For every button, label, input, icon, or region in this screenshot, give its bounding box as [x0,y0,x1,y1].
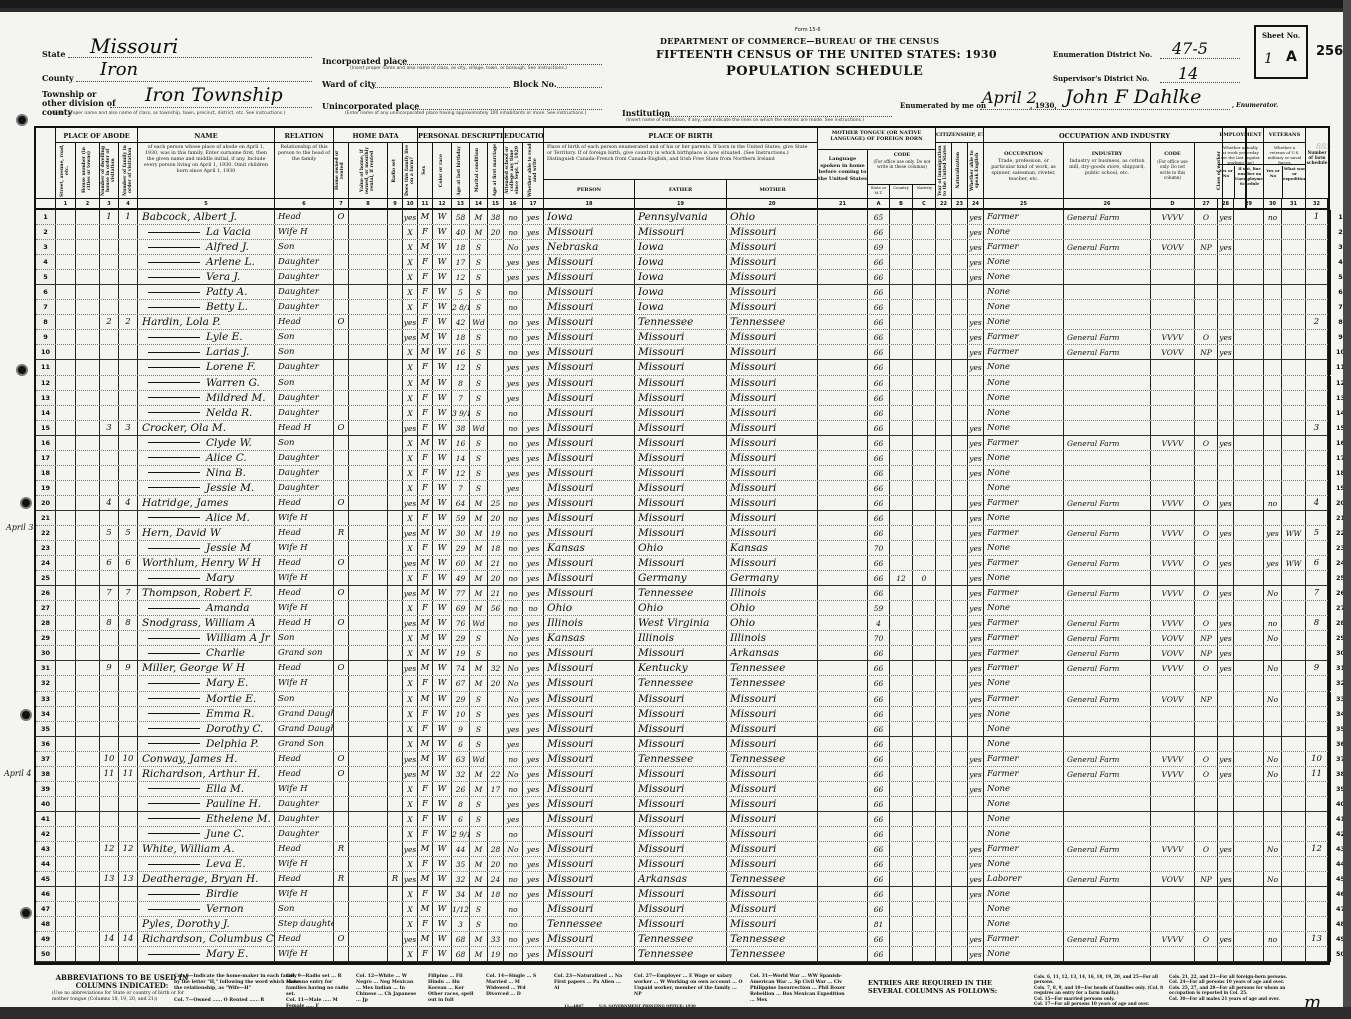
cell-marital: M [470,842,488,856]
incorporated-line [400,64,602,65]
cell-race: W [433,902,452,916]
cell-sex: F [418,315,433,329]
cell-code-c [913,210,936,224]
column-number: 19 [635,199,727,209]
cell-read: yes [523,571,544,585]
cell-age: 2 9/12 [452,827,470,841]
cell-code-b [890,812,913,826]
ditto-dash [148,307,200,308]
cell-relation: Head [275,586,334,600]
cell-industry [1064,541,1151,555]
header-place-of-birth: PLACE OF BIRTH Place of birth of each pe… [544,128,818,208]
cell-line: 46 [36,887,56,901]
cell-name: William A Jr [138,631,275,645]
cell-farm-no [1306,676,1328,690]
cell-marital: S [470,360,488,374]
ditto-dash [148,487,200,488]
cell-farm-no [1306,481,1328,495]
cell-father: Missouri [635,692,727,706]
cell-occupation: None [984,451,1064,465]
cell-birth: Missouri [544,586,635,600]
cell-code-d: VVVV [1151,330,1195,344]
cell-sex: F [418,571,433,585]
cell-birth: Kansas [544,541,635,555]
cell-family [119,947,138,961]
cell-occupation: Farmer [984,240,1064,254]
county-value: Iron [100,59,138,80]
cell-code-d: VVVV [1151,752,1195,766]
cell-industry [1064,902,1151,916]
cell-family: 3 [119,421,138,435]
cell-family [119,451,138,465]
cell-occupation: None [984,376,1064,390]
cell-race: W [433,360,452,374]
cell-dwelling [100,812,119,826]
cell-english: yes [968,842,984,856]
cell-employed: yes [1218,556,1234,570]
cell-name: Nina B. [138,466,275,480]
cell-code-d: VOVV [1151,240,1195,254]
person-name: Jessie M. [206,482,254,494]
cell-code-c [913,872,936,886]
state-value: Missouri [90,34,178,58]
cell-line: 41 [36,812,56,826]
person-name: Vernon [206,903,244,915]
cell-code-a: 66 [868,932,890,946]
cell-dwelling: 13 [100,872,119,886]
cell-veteran [1264,887,1282,901]
cell-birth: Missouri [544,661,635,675]
cell-farm-no [1306,240,1328,254]
cell-school: no [504,947,523,961]
cell-veteran [1264,345,1282,359]
cell-english [968,391,984,405]
cell-owned [334,601,349,615]
cell-age-marr [488,481,504,495]
cell-industry [1064,315,1151,329]
table-row: 39Ella M.Wife HXFW26M17noyesMissouriMiss… [36,782,1328,797]
cell-farm-no [1306,225,1328,239]
cell-code-b [890,451,913,465]
cell-english: yes [968,210,984,224]
cell-age-marr [488,345,504,359]
cell-age: 30 [452,526,470,540]
cell-sex: F [418,300,433,314]
cell-code-d: VVVV [1151,586,1195,600]
cell-mother: Missouri [727,827,818,841]
cell-school: no [504,436,523,450]
table-row: 23Jessie MWife HXFW29M18noyesKansasOhioK… [36,541,1328,556]
cell-english: yes [968,661,984,675]
cell-english: yes [968,556,984,570]
cell-farm-no [1306,270,1328,284]
cell-english: yes [968,782,984,796]
cell-industry [1064,601,1151,615]
cell-relation: Head [275,752,334,766]
cell-age: 6 [452,737,470,751]
ditto-dash [148,247,200,248]
cell-code-a: 66 [868,496,890,510]
cell-line: 13 [36,391,56,405]
cell-farm-no: 6 [1306,556,1328,570]
cell-farm-no [1306,466,1328,480]
cell-birth: Missouri [544,842,635,856]
cell-race: W [433,330,452,344]
unincorporated-line [412,109,602,110]
cell-marital: Wd [470,421,488,435]
cell-code-c [913,917,936,931]
column-number: 16 [504,199,523,209]
header-place-of-abode: PLACE OF ABODE Street, avenue, road, etc… [56,128,138,208]
cell-birth: Ohio [544,601,635,615]
cell-read: yes [523,330,544,344]
cell-english: yes [968,511,984,525]
cell-relation: Head [275,767,334,781]
cell-code-c [913,676,936,690]
cell-farm-no: 2 [1306,315,1328,329]
cell-age: 26 [452,782,470,796]
cell-relation: Daughter [275,812,334,826]
cell-sex: M [418,752,433,766]
cell-father: Missouri [635,330,727,344]
cell-age-marr [488,360,504,374]
cell-father: Missouri [635,707,727,721]
person-name: Warren G. [206,377,260,389]
table-header: PLACE OF ABODE Street, avenue, road, etc… [36,128,1328,210]
cell-dwelling [100,451,119,465]
cell-race: W [433,887,452,901]
cell-industry [1064,887,1151,901]
cell-marital: S [470,376,488,390]
cell-age: 40 [452,225,470,239]
enumerated-line [980,109,1230,110]
cell-farm-no: 4 [1306,496,1328,510]
person-name: Larias J. [206,346,249,358]
cell-family [119,255,138,269]
cell-line: 11 [36,360,56,374]
cell-mother: Illinois [727,586,818,600]
cell-radio [388,722,403,736]
cell-farm: X [403,481,418,495]
cell-farm: X [403,391,418,405]
header-home-data: HOME DATA Home owned or rented Value of … [334,128,418,208]
institution-note: (Insert name of institution, if any, and… [626,118,864,123]
cell-line: 3 [36,240,56,254]
cell-dwelling [100,436,119,450]
person-name: Mary [206,572,234,584]
cell-age: 38 [452,421,470,435]
cell-race: W [433,421,452,435]
cell-read: yes [523,556,544,570]
table-row: 4Arlene L.DaughterXFW17SyesyesMissouriIo… [36,255,1328,270]
cell-marital: M [470,932,488,946]
cell-code-d [1151,947,1195,961]
cell-industry: General Farm [1064,842,1151,856]
cell-occupation: None [984,481,1064,495]
cell-dwelling [100,646,119,660]
cell-read: yes [523,436,544,450]
cell-line: 35 [36,722,56,736]
cell-line: 14 [36,406,56,420]
supervisor-value: 14 [1178,64,1198,83]
ditto-dash [148,367,200,368]
cell-father: Missouri [635,391,727,405]
cell-employed [1218,511,1234,525]
cell-employed [1218,466,1234,480]
cell-veteran [1264,571,1282,585]
cell-race: W [433,496,452,510]
ditto-dash [148,909,200,910]
cell-age-marr: 20 [488,676,504,690]
cell-race: W [433,646,452,660]
cell-dwelling [100,255,119,269]
cell-birth: Missouri [544,421,635,435]
cell-code-a: 66 [868,797,890,811]
cell-name: La Vacia [138,225,275,239]
cell-father: Ohio [635,541,727,555]
cell-code-b [890,737,913,751]
cell-code-a: 66 [868,646,890,660]
cell-mother: Missouri [727,917,818,931]
cell-farm-no [1306,947,1328,961]
cell-farm-no [1306,285,1328,299]
cell-school: no [504,526,523,540]
cell-farm: X [403,466,418,480]
cell-industry: General Farm [1064,240,1151,254]
cell-radio [388,827,403,841]
cell-sex: F [418,481,433,495]
cell-farm: yes [403,421,418,435]
cell-radio [388,676,403,690]
cell-farm-no: 12 [1306,842,1328,856]
cell-dwelling: 10 [100,752,119,766]
cell-marital: M [470,496,488,510]
cell-code-b [890,902,913,916]
cell-sex: M [418,526,433,540]
cell-owned [334,947,349,961]
cell-birth: Missouri [544,466,635,480]
table-row: 40Pauline H.DaughterXFW8SyesyesMissouriM… [36,797,1328,812]
cell-mother: Missouri [727,225,818,239]
cell-family [119,631,138,645]
cell-read: yes [523,887,544,901]
cell-code-a: 65 [868,210,890,224]
cell-name: Leva E. [138,857,275,871]
cell-code-c [913,315,936,329]
cell-farm-no: 10 [1306,752,1328,766]
cell-age: 76 [452,616,470,630]
cell-owned [334,812,349,826]
cell-farm: X [403,360,418,374]
cell-age: 17 [452,255,470,269]
cell-age-marr: 21 [488,556,504,570]
cell-family: 12 [119,842,138,856]
cell-farm: X [403,541,418,555]
cell-read: yes [523,421,544,435]
cell-code-a: 66 [868,330,890,344]
cell-employed [1218,421,1234,435]
cell-war [1282,270,1306,284]
cell-age: 2 8/12 [452,300,470,314]
cell-war [1282,406,1306,420]
cell-family: 2 [119,315,138,329]
cell-radio [388,947,403,961]
cell-code-c [913,616,936,630]
cell-relation: Grand Son [275,737,334,751]
cell-english: yes [968,526,984,540]
cell-read: yes [523,225,544,239]
cell-father: Missouri [635,556,727,570]
cell-school: No [504,676,523,690]
cell-family: 13 [119,872,138,886]
cell-age: 12 [452,466,470,480]
cell-age-marr [488,255,504,269]
cell-family [119,345,138,359]
cell-farm: X [403,782,418,796]
column-number: 18 [544,199,635,209]
cell-code-c [913,511,936,525]
cell-code-d [1151,737,1195,751]
cell-line: 44 [36,857,56,871]
cell-code-c [913,752,936,766]
cell-code-d [1151,887,1195,901]
cell-farm: yes [403,315,418,329]
cell-sex: F [418,676,433,690]
cell-code-b [890,496,913,510]
column-number: 13 [452,199,470,209]
cell-employed [1218,887,1234,901]
cell-war [1282,511,1306,525]
cell-veteran [1264,406,1282,420]
cell-family [119,676,138,690]
cell-father: Missouri [635,511,727,525]
person-name: June C. [206,828,244,840]
sheet-number-box: Sheet No. 1 A [1254,25,1308,79]
cell-school: No [504,842,523,856]
cell-war [1282,571,1306,585]
cell-age-marr [488,315,504,329]
cell-mother: Missouri [727,270,818,284]
cell-mother: Missouri [727,737,818,751]
cell-veteran: No [1264,586,1282,600]
cell-farm: yes [403,556,418,570]
cell-school: no [504,406,523,420]
cell-read: yes [523,451,544,465]
cell-school: yes [504,270,523,284]
cell-farm-no [1306,541,1328,555]
cell-employed: yes [1218,210,1234,224]
cell-employed [1218,376,1234,390]
cell-school: no [504,932,523,946]
cell-war [1282,676,1306,690]
cell-race: W [433,782,452,796]
cell-dwelling: 14 [100,932,119,946]
cell-occupation: None [984,571,1064,585]
cell-war [1282,285,1306,299]
cell-code-b [890,767,913,781]
cell-father: Tennessee [635,947,727,961]
cell-age: 64 [452,496,470,510]
table-row: 44Leva E.Wife HXFW35M20noyesMissouriMiss… [36,857,1328,872]
cell-industry [1064,722,1151,736]
cell-relation: Son [275,330,334,344]
cell-occupation: None [984,722,1064,736]
cell-code-d [1151,421,1195,435]
cell-occupation: None [984,541,1064,555]
cell-school: no [504,857,523,871]
cell-name: Hern, David W [138,526,275,540]
cell-age-marr [488,692,504,706]
cell-dwelling: 3 [100,421,119,435]
cell-owned: R [334,842,349,856]
cell-farm-no [1306,812,1328,826]
cell-owned [334,330,349,344]
cell-code-d [1151,541,1195,555]
cell-marital: S [470,285,488,299]
cell-farm: X [403,285,418,299]
cell-owned: O [334,556,349,570]
cell-code-a: 66 [868,345,890,359]
cell-owned [334,737,349,751]
cell-radio [388,391,403,405]
cell-radio [388,225,403,239]
cell-code-d [1151,797,1195,811]
cell-code-c [913,797,936,811]
cell-veteran [1264,541,1282,555]
cell-family: 1 [119,210,138,224]
cell-farm-no [1306,436,1328,450]
cell-family [119,782,138,796]
column-number: B [890,199,913,209]
cell-owned [334,285,349,299]
cell-veteran: No [1264,752,1282,766]
cell-age-marr: 20 [488,857,504,871]
cell-code-b [890,752,913,766]
cell-farm-no [1306,692,1328,706]
cell-read: yes [523,345,544,359]
person-name: Betty L. [206,301,248,313]
cell-sex: M [418,496,433,510]
cell-war [1282,240,1306,254]
cell-race: W [433,752,452,766]
table-body: 111Babcock, Albert J.HeadOyesMW58M38noye… [36,210,1328,962]
cell-farm-no [1306,255,1328,269]
cell-school: no [504,421,523,435]
cell-mother: Missouri [727,255,818,269]
table-row: 29William A JrSonXMW29SNoyesKansasIllino… [36,631,1328,646]
cell-father: Germany [635,571,727,585]
cell-age-marr [488,300,504,314]
cell-farm: X [403,511,418,525]
cell-farm-no [1306,631,1328,645]
cell-age: 29 [452,631,470,645]
cell-veteran: no [1264,616,1282,630]
cell-class: NP [1195,646,1218,660]
cell-mother: Missouri [727,345,818,359]
cell-race: W [433,466,452,480]
cell-employed [1218,797,1234,811]
cell-class [1195,360,1218,374]
cell-age: 63 [452,752,470,766]
table-row: 27AmandaWife HXFW69M56nonoOhioOhioOhio59… [36,601,1328,616]
cell-class [1195,225,1218,239]
cell-code-b [890,421,913,435]
cell-code-d [1151,466,1195,480]
cell-school: no [504,616,523,630]
supervisor-line [1160,82,1240,83]
table-row: 12Warren G.SonXMW8SyesyesMissouriMissour… [36,376,1328,391]
cell-owned [334,857,349,871]
